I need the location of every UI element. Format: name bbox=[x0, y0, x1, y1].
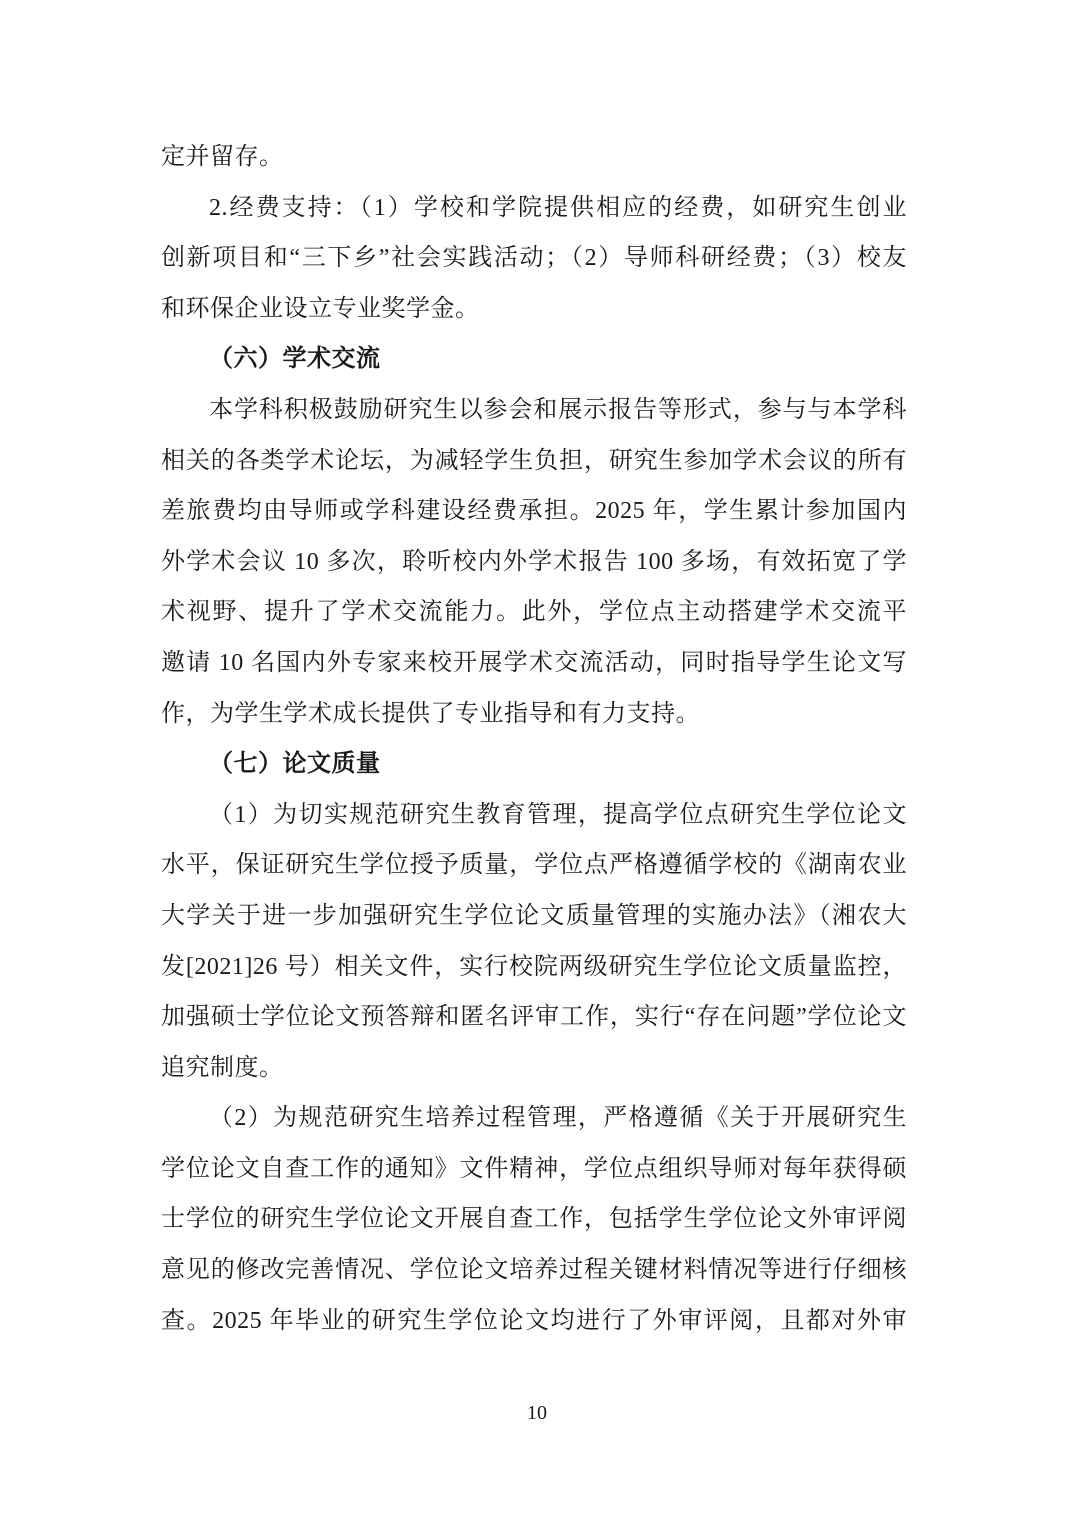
paragraph-line: 相关的各类学术论坛，为减轻学生负担，研究生参加学术会议的所有 bbox=[161, 436, 907, 487]
paragraph-line: 追究制度。 bbox=[161, 1043, 907, 1094]
paragraph-line: 学位论文自查工作的通知》文件精神，学位点组织导师对每年获得硕 bbox=[161, 1144, 907, 1195]
paragraph-line: 加强硕士学位论文预答辩和匿名评审工作，实行“存在问题”学位论文 bbox=[161, 992, 907, 1043]
document-text-block: 定并留存。 2.经费支持：（1）学校和学院提供相应的经费，如研究生创业 创新项目… bbox=[161, 132, 907, 1346]
paragraph-line: 本学科积极鼓励研究生以参会和展示报告等形式，参与与本学科 bbox=[161, 385, 907, 436]
paragraph-line: 邀请 10 名国内外专家来校开展学术交流活动，同时指导学生论文写 bbox=[161, 638, 907, 689]
paragraph-line: 定并留存。 bbox=[161, 132, 907, 183]
document-page: 定并留存。 2.经费支持：（1）学校和学院提供相应的经费，如研究生创业 创新项目… bbox=[0, 0, 1074, 1520]
paragraph-line: 差旅费均由导师或学科建设经费承担。2025 年，学生累计参加国内 bbox=[161, 486, 907, 537]
paragraph-line: 术视野、提升了学术交流能力。此外，学位点主动搭建学术交流平台， bbox=[161, 587, 907, 638]
paragraph-line: （1）为切实规范研究生教育管理，提高学位点研究生学位论文 bbox=[161, 790, 907, 841]
paragraph-line: 2.经费支持：（1）学校和学院提供相应的经费，如研究生创业 bbox=[161, 183, 907, 234]
paragraph-line: （2）为规范研究生培养过程管理，严格遵循《关于开展研究生 bbox=[161, 1093, 907, 1144]
paragraph-line: 和环保企业设立专业奖学金。 bbox=[161, 284, 907, 335]
paragraph-line: 作，为学生学术成长提供了专业指导和有力支持。 bbox=[161, 689, 907, 740]
paragraph-line: 查。2025 年毕业的研究生学位论文均进行了外审评阅，且都对外审 bbox=[161, 1296, 907, 1347]
section-heading: （六）学术交流 bbox=[161, 334, 907, 385]
paragraph-line: 意见的修改完善情况、学位论文培养过程关键材料情况等进行仔细核 bbox=[161, 1245, 907, 1296]
paragraph-line: 士学位的研究生学位论文开展自查工作，包括学生学位论文外审评阅 bbox=[161, 1194, 907, 1245]
paragraph-line: 外学术会议 10 多次，聆听校内外学术报告 100 多场，有效拓宽了学 bbox=[161, 537, 907, 588]
paragraph-line: 大学关于进一步加强研究生学位论文质量管理的实施办法》（湘农大 bbox=[161, 891, 907, 942]
page-number: 10 bbox=[0, 1398, 1074, 1428]
paragraph-line: 发[2021]26 号）相关文件，实行校院两级研究生学位论文质量监控， bbox=[161, 942, 907, 993]
section-heading: （七）论文质量 bbox=[161, 739, 907, 790]
paragraph-line: 水平，保证研究生学位授予质量，学位点严格遵循学校的《湖南农业 bbox=[161, 840, 907, 891]
paragraph-line: 创新项目和“三下乡”社会实践活动；（2）导师科研经费；（3）校友 bbox=[161, 233, 907, 284]
